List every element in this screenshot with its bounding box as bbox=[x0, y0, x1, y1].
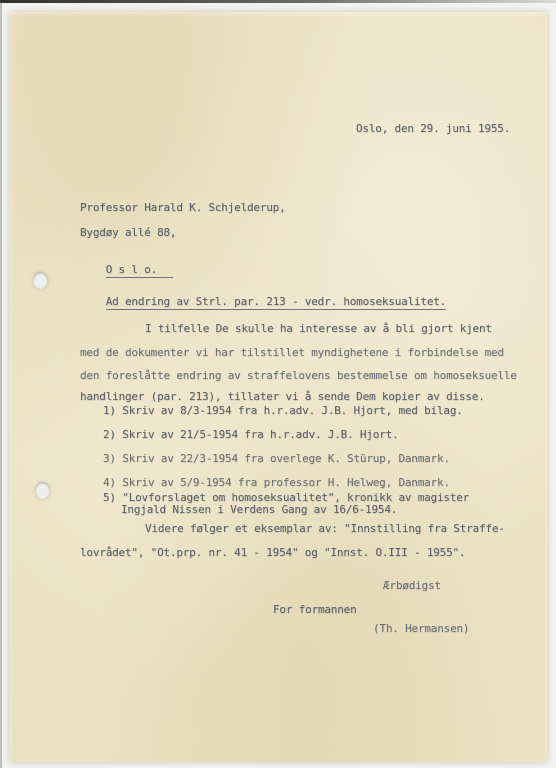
letter-page: Oslo, den 29. juni 1955. Professor Haral… bbox=[10, 12, 547, 762]
closing-line-1: Videre følger et eksemplar av: "Innstill… bbox=[145, 522, 505, 535]
body-line-1: I tilfelle De skulle ha interesse av å b… bbox=[145, 322, 492, 335]
body-line-2: med de dokumenter vi har tilstillet mynd… bbox=[80, 346, 504, 359]
enclosure-item-1: 1) Skriv av 8/3-1954 fra h.r.adv. J.B. H… bbox=[103, 404, 463, 417]
date-line: Oslo, den 29. juni 1955. bbox=[356, 122, 510, 135]
recipient-street: Bygdøy allé 88, bbox=[80, 226, 176, 239]
body-line-4: handlinger (par. 213), tillater vi å sen… bbox=[80, 390, 485, 403]
signature: (Th. Hermansen) bbox=[373, 622, 469, 635]
subject-line: Ad endring av Strl. par. 213 - vedr. hom… bbox=[80, 282, 446, 321]
scan-edge-left bbox=[0, 0, 2, 768]
enclosure-item-2: 2) Skriv av 21/5-1954 fra h.r.adv. J.B. … bbox=[103, 428, 398, 441]
enclosure-item-4: 4) Skriv av 5/9-1954 fra professor H. He… bbox=[103, 476, 450, 489]
closing-line-2: lovrådet", "Ot.prp. nr. 41 - 1954" og "I… bbox=[80, 546, 465, 559]
scan-edge-top bbox=[0, 0, 556, 3]
enclosure-item-3: 3) Skriv av 22/3-1954 fra overlege K. St… bbox=[103, 452, 450, 465]
punch-hole-top bbox=[33, 272, 48, 289]
signed-for-line: For formannen bbox=[273, 603, 357, 616]
punch-hole-bottom bbox=[35, 482, 50, 499]
recipient-city-text: O s l o. bbox=[106, 263, 173, 278]
recipient-name: Professor Harald K. Schjelderup, bbox=[80, 201, 286, 214]
valediction: Ærbødigst bbox=[383, 579, 441, 592]
enclosure-item-5-line-2: Ingjald Nissen i Verdens Gang av 16/6-19… bbox=[121, 503, 397, 516]
subject-text: Ad endring av Strl. par. 213 - vedr. hom… bbox=[106, 295, 446, 310]
body-line-3: den foreslåtte endring av straffelovens … bbox=[80, 369, 517, 382]
